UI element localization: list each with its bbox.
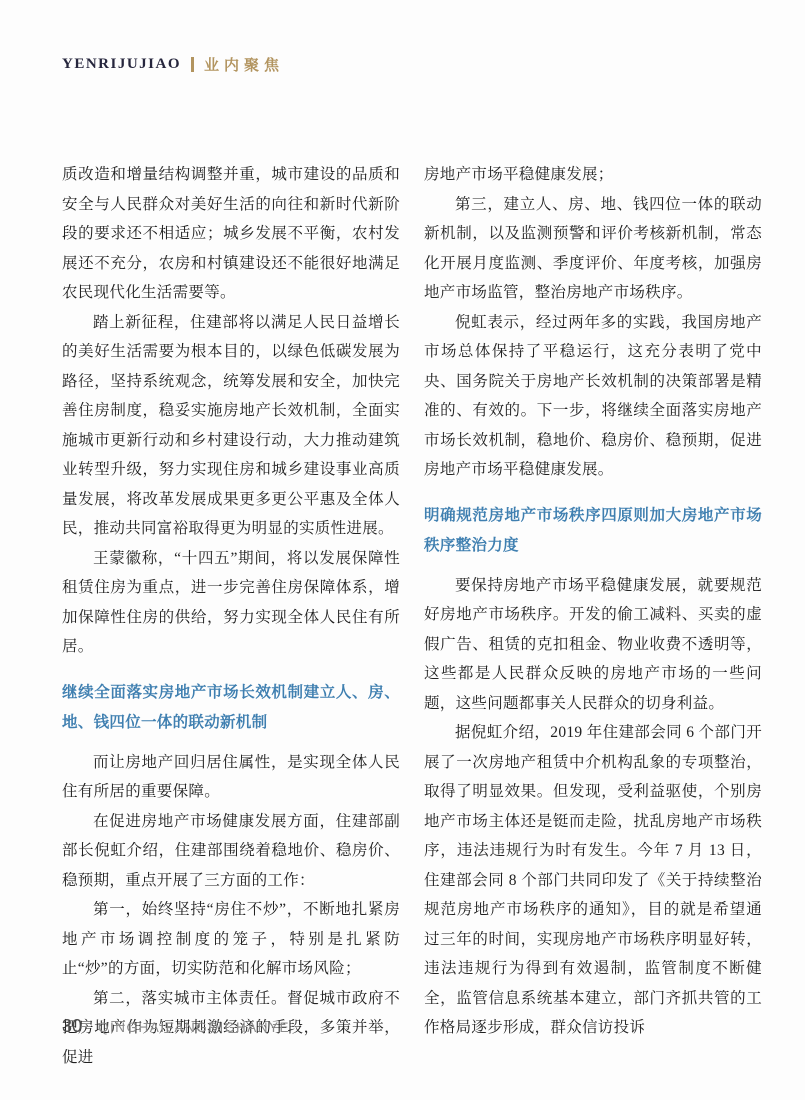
paragraph: 在促进房地产市场健康发展方面，住建部副部长倪虹介绍，住建部围绕着稳地价、稳房价、… — [62, 807, 400, 896]
paragraph: 踏上新征程，住建部将以满足人民日益增长的美好生活需要为根本目的，以绿色低碳发展为… — [62, 308, 400, 544]
paragraph: 据倪虹介绍，2019 年住建部会同 6 个部门开展了一次房地产租赁中介机构乱象的… — [424, 718, 762, 1043]
page-footer: 30 QINGHAIFANGDICHANYE — [62, 1016, 290, 1037]
paragraph: 房地产市场平稳健康发展； — [424, 160, 762, 190]
paragraph: 第三，建立人、房、地、钱四位一体的联动新机制，以及监测预警和评价考核新机制，常态… — [424, 190, 762, 308]
paragraph: 而让房地产回归居住属性，是实现全体人民住有所居的重要保障。 — [62, 748, 400, 807]
paragraph: 倪虹表示，经过两年多的实践，我国房地产市场总体保持了平稳运行，这充分表明了党中央… — [424, 308, 762, 485]
paragraph: 王蒙徽称，“十四五”期间，将以发展保障性租赁住房为重点，进一步完善住房保障体系，… — [62, 544, 400, 662]
footer-journal-name: QINGHAIFANGDICHANYE — [98, 1020, 290, 1035]
right-column: 房地产市场平稳健康发展； 第三，建立人、房、地、钱四位一体的联动新机制，以及监测… — [424, 160, 762, 1043]
section-subheading: 继续全面落实房地产市场长效机制建立人、房、地、钱四位一体的联动新机制 — [62, 678, 400, 738]
page-header: YENRIJUJIAO 业内聚焦 — [62, 54, 284, 75]
paragraph: 质改造和增量结构调整并重，城市建设的品质和安全与人民群众对美好生活的向往和新时代… — [62, 160, 400, 308]
header-divider-bar — [191, 57, 194, 72]
section-subheading: 明确规范房地产市场秩序四原则加大房地产市场秩序整治力度 — [424, 501, 762, 561]
paragraph: 第一，始终坚持“房住不炒”，不断地扎紧房地产市场调控制度的笼子，特别是扎紧防止“… — [62, 895, 400, 984]
left-column: 质改造和增量结构调整并重，城市建设的品质和安全与人民群众对美好生活的向往和新时代… — [62, 160, 400, 1072]
paragraph: 要保持房地产市场平稳健康发展，就要规范好房地产市场秩序。开发的偷工减料、买卖的虚… — [424, 571, 762, 719]
section-title: 业内聚焦 — [204, 54, 284, 75]
journal-name: YENRIJUJIAO — [62, 56, 181, 73]
page-number: 30 — [62, 1016, 82, 1037]
